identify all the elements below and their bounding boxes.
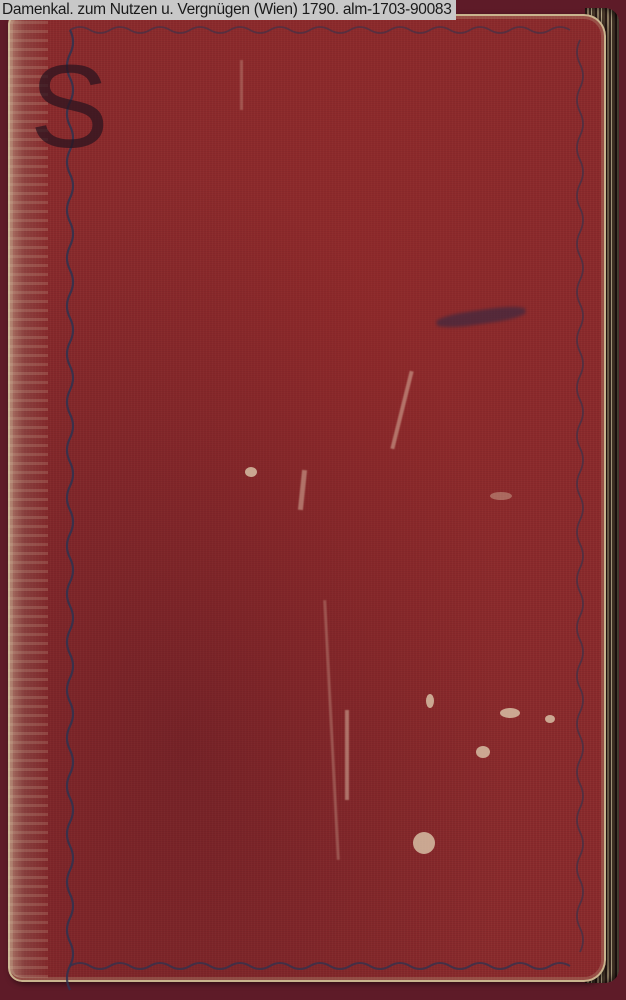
scuff-mark [413, 832, 435, 854]
library-stamp-s: S [30, 48, 109, 166]
crease [345, 710, 349, 800]
scuff-mark [545, 715, 555, 723]
scuff-mark [490, 492, 512, 500]
scuff-mark [245, 467, 257, 477]
scuff-mark [500, 708, 520, 718]
image-caption: Damenkal. zum Nutzen u. Vergnügen (Wien)… [0, 0, 456, 20]
scuff-mark [426, 694, 434, 708]
crease [240, 60, 243, 110]
book-photo: S Damenkal. zum Nutzen u. Vergnügen (Wie… [0, 0, 626, 1000]
scuff-mark [476, 746, 490, 758]
